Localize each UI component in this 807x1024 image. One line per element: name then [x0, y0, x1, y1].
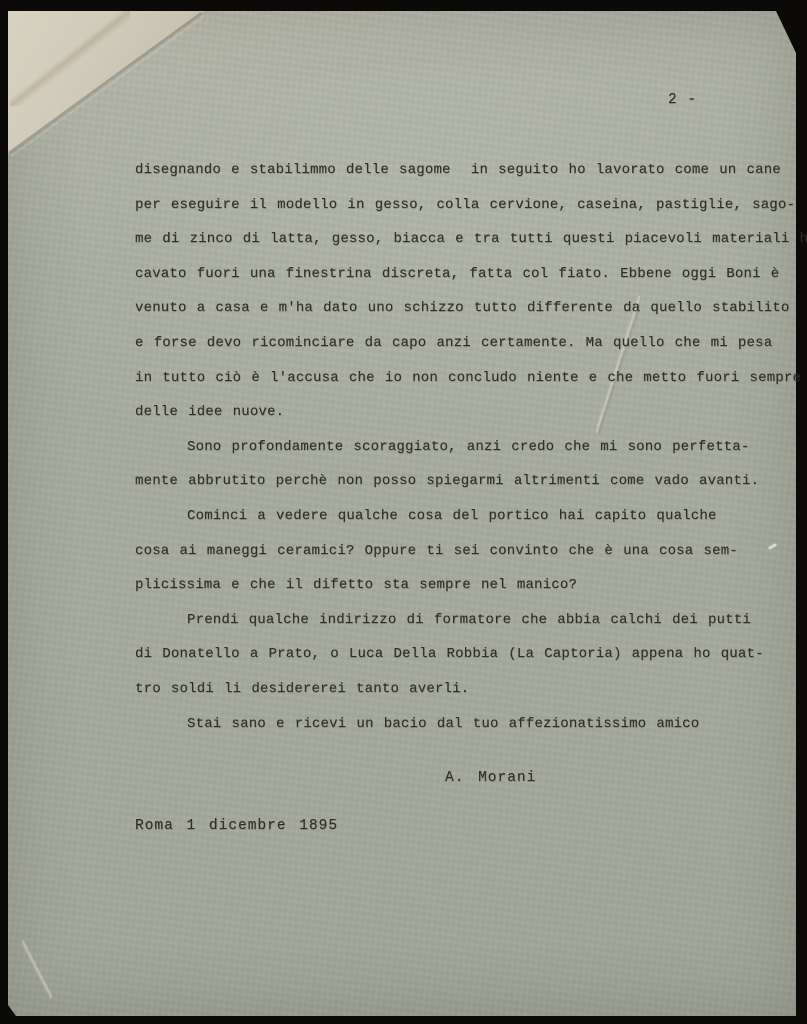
- letter-line: tro soldi li desidererei tanto averli.: [135, 672, 795, 707]
- letter-line: e forse devo ricominciare da capo anzi c…: [135, 326, 795, 361]
- dateline: Roma 1 dicembre 1895: [135, 816, 338, 836]
- letter-body: disegnando e stabilimmo delle sagome in …: [135, 153, 795, 741]
- letter-line: venuto a casa e m'ha dato uno schizzo tu…: [135, 291, 795, 326]
- letter-line: di Donatello a Prato, o Luca Della Robbi…: [135, 637, 795, 672]
- letter-line: me di zinco di latta, gesso, biacca e tr…: [135, 222, 795, 257]
- letter-line: Cominci a vedere qualche cosa del portic…: [135, 499, 795, 534]
- letter-line: mente abbrutito perchè non posso spiegar…: [135, 464, 795, 499]
- letter-line: cosa ai maneggi ceramici? Oppure ti sei …: [135, 534, 795, 569]
- page-number: 2 -: [668, 92, 697, 108]
- letter-line: disegnando e stabilimmo delle sagome in …: [135, 153, 795, 188]
- letter-line: Sono profondamente scoraggiato, anzi cre…: [135, 430, 795, 465]
- letter-line: Stai sano e ricevi un bacio dal tuo affe…: [135, 707, 795, 742]
- letter-line: plicissima e che il difetto sta sempre n…: [135, 568, 795, 603]
- letter-line: Prendi qualche indirizzo di formatore ch…: [135, 603, 795, 638]
- letter-line: delle idee nuove.: [135, 395, 795, 430]
- letter-line: per eseguire il modello in gesso, colla …: [135, 188, 795, 223]
- letter-line: cavato fuori una finestrina discreta, fa…: [135, 257, 795, 292]
- letter-line: in tutto ciò è l'accusa che io non concl…: [135, 361, 795, 396]
- signature: A. Morani: [445, 768, 536, 788]
